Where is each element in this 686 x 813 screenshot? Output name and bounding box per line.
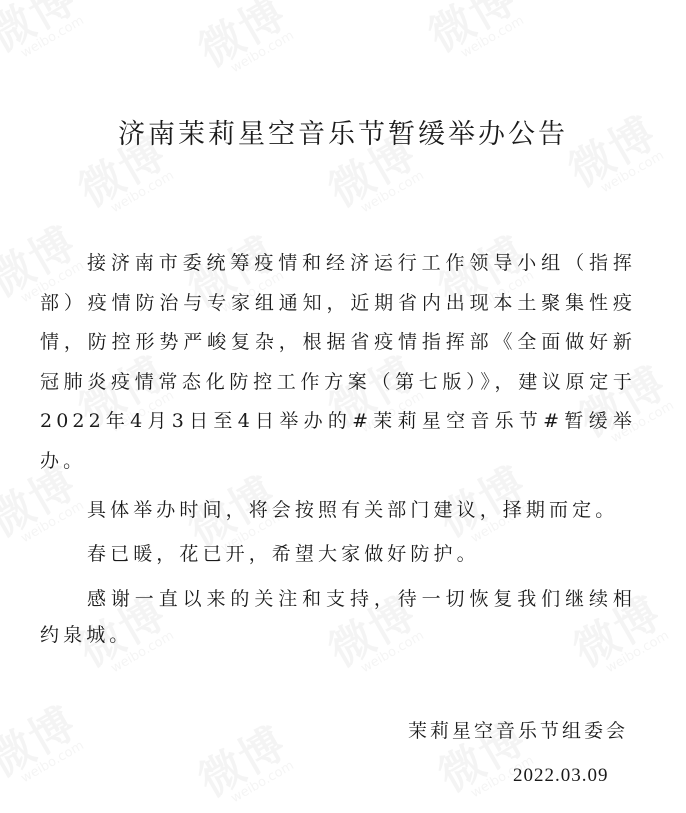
watermark: 微博weibo.com — [0, 0, 90, 69]
document-title: 济南茉莉星空音乐节暂缓举办公告 — [0, 112, 686, 151]
signature: 茉莉星空音乐节组委会 — [408, 716, 628, 743]
paragraph-spring: 春已暖，花已开，希望大家做好防护。 — [40, 535, 636, 575]
watermark: 微博weibo.com — [0, 701, 90, 795]
watermark: 微博weibo.com — [192, 0, 299, 84]
paragraph-schedule: 具体举办时间，将会按照有关部门建议，择期而定。 — [40, 491, 636, 531]
watermark: 微博weibo.com — [192, 721, 299, 813]
paragraph-notice: 接济南市委统筹疫情和经济运行工作领导小组（指挥部）疫情防治与专家组通知，近期省内… — [40, 244, 636, 481]
paragraph-thanks: 感谢一直以来的关注和支持，待一切恢复我们继续相约泉城。 — [40, 581, 636, 653]
document-date: 2022.03.09 — [513, 765, 609, 787]
watermark: 微博weibo.com — [422, 0, 529, 69]
